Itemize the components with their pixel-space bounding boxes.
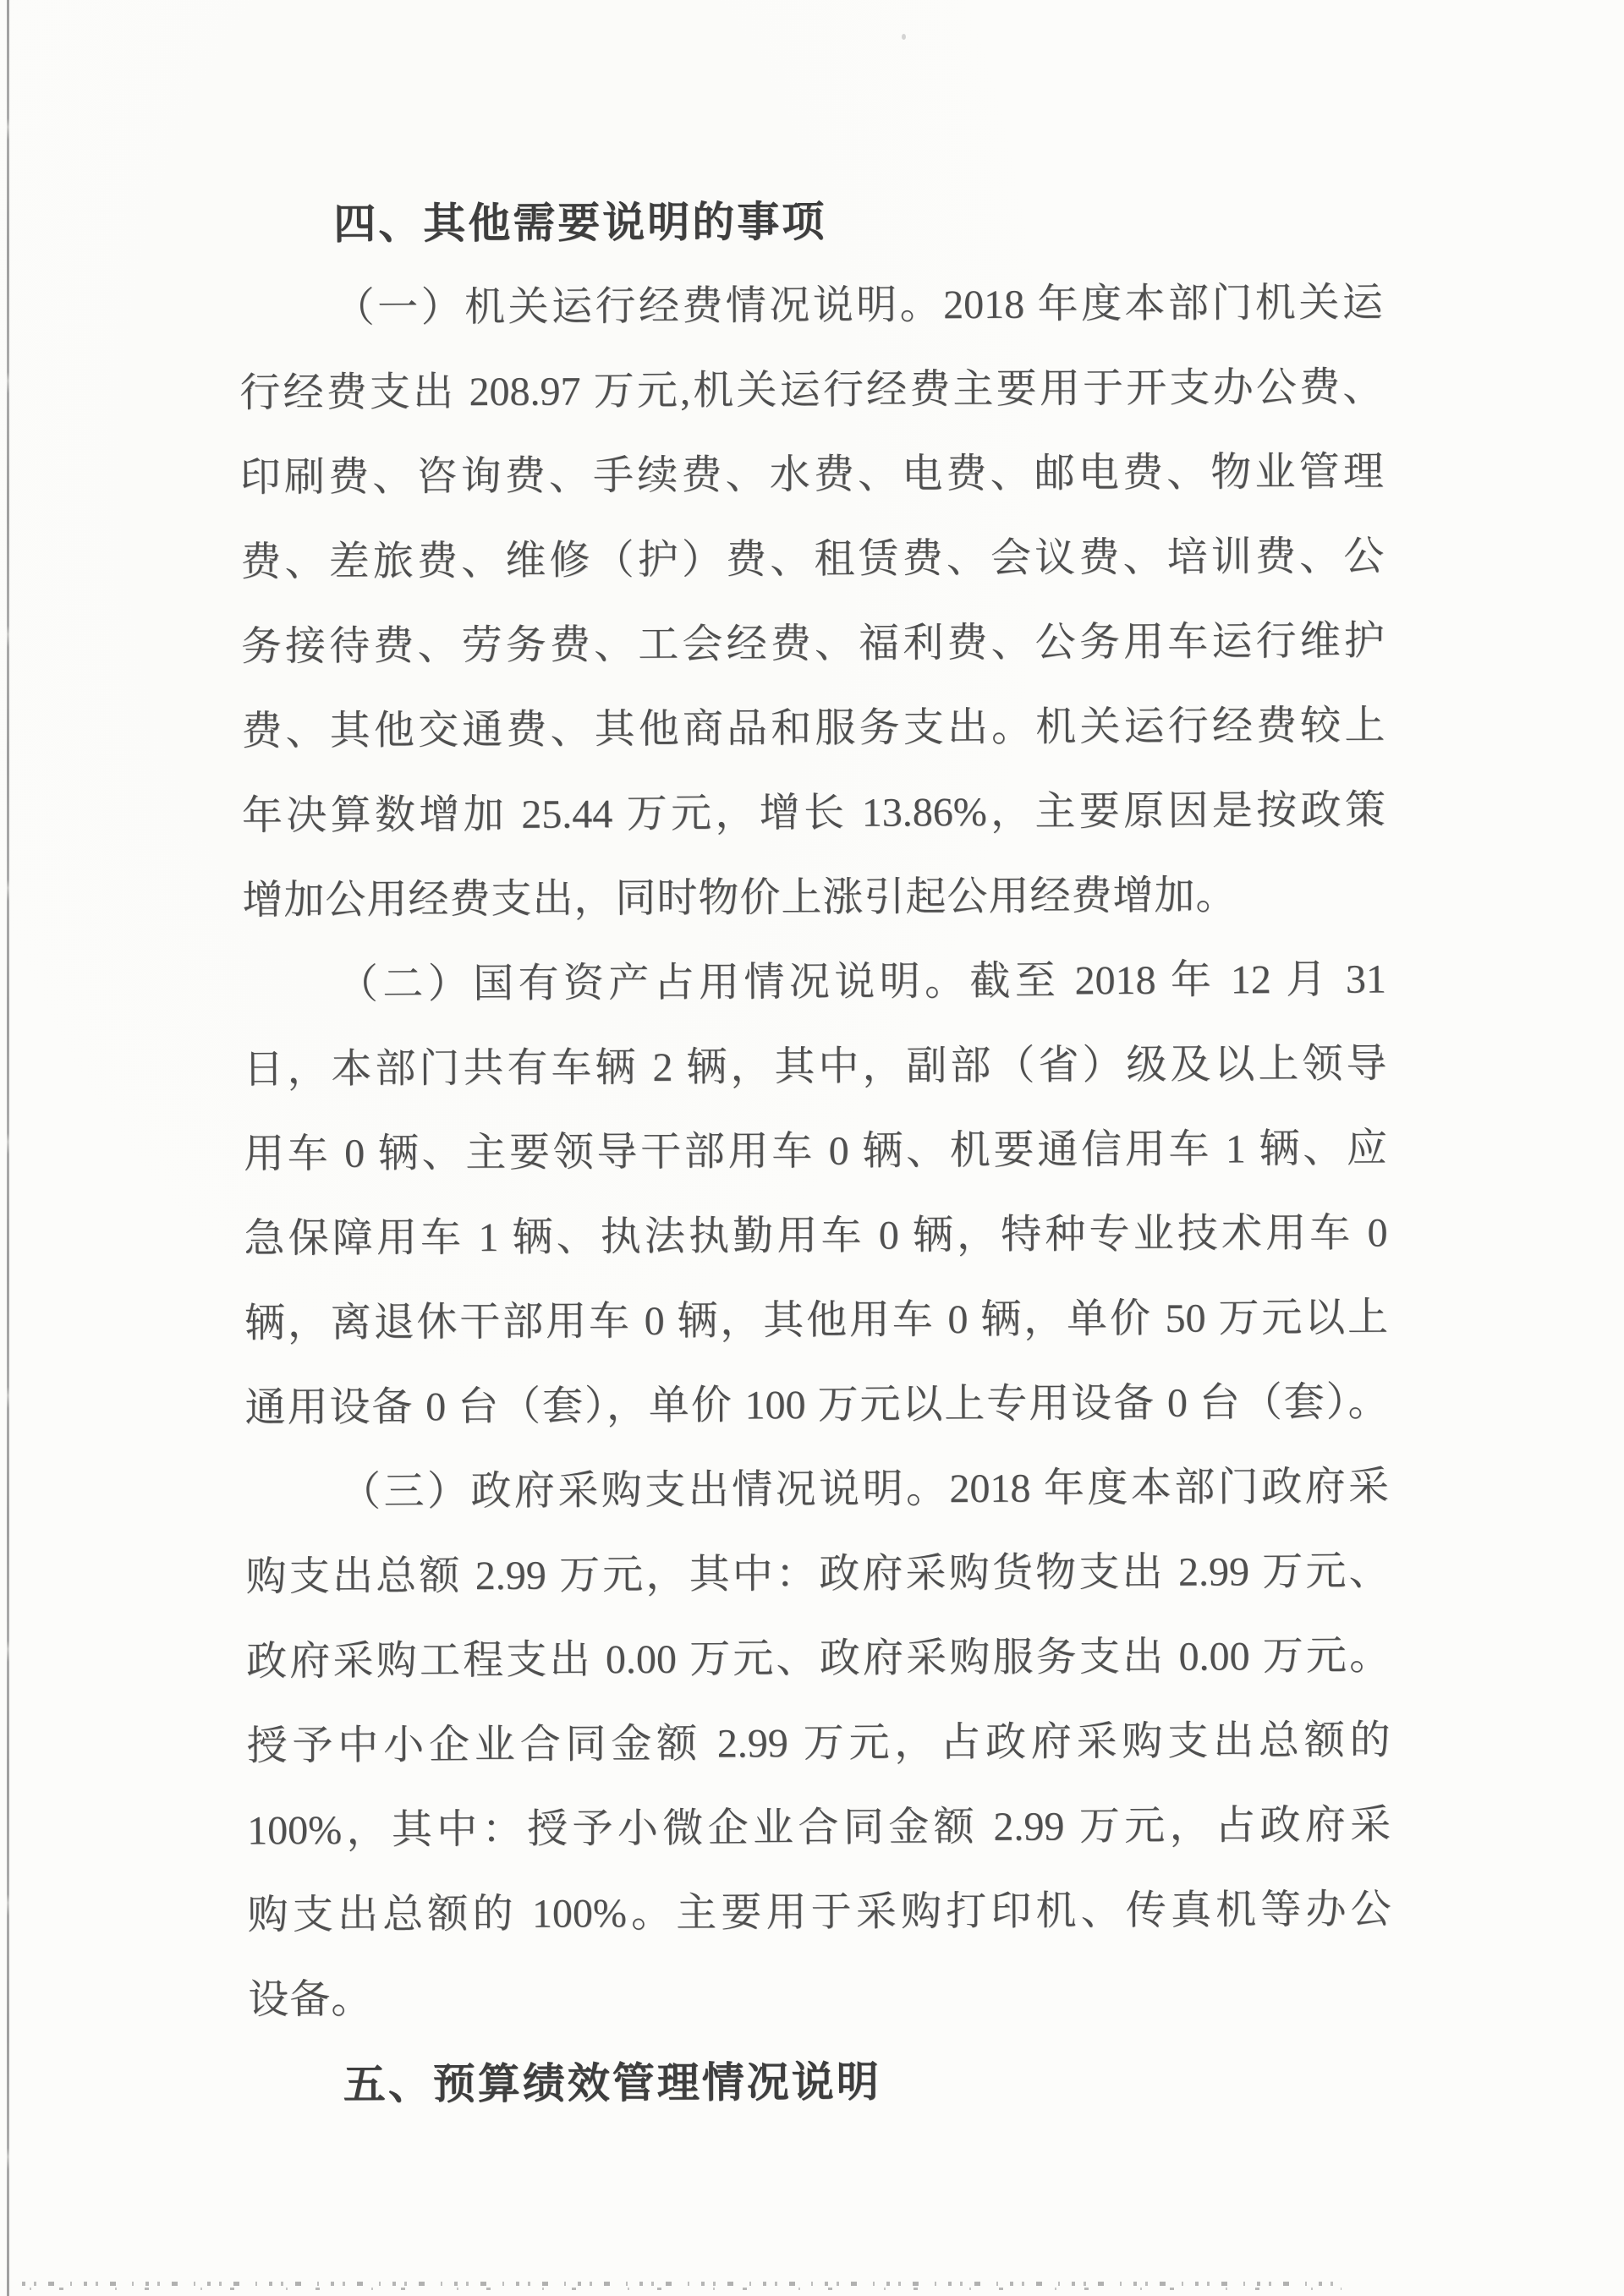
text-line: 印刷费、咨询费、手续费、水费、电费、邮电费、物业管理 (240, 430, 1385, 520)
text-line: 100%，其中：授予小微企业合同金额 2.99 万元，占政府采 (247, 1783, 1391, 1873)
text-line: 购支出总额 2.99 万元，其中：政府采购货物支出 2.99 万元、 (245, 1529, 1390, 1619)
text-line: 政府采购工程支出 0.00 万元、政府采购服务支出 0.00 万元。 (246, 1614, 1391, 1704)
paragraph-state-assets: （二）国有资产占用情况说明。截至 2018 年 12 月 31 日，本部门共有车… (243, 937, 1389, 1450)
text-line: （三）政府采购支出情况说明。2018 年度本部门政府采 (245, 1444, 1390, 1535)
scan-speck (464, 2074, 468, 2077)
text-line: 设备。 (248, 1952, 1392, 2042)
scan-speck (902, 34, 906, 40)
paragraph-agency-operating-expenses: （一）机关运行经费情况说明。2018 年度本部门机关运 行经费支出 208.97… (239, 260, 1386, 943)
text-line: 日，本部门共有车辆 2 辆，其中，副部（省）级及以上领导 (243, 1022, 1387, 1112)
text-line: 年决算数增加 25.44 万元，增长 13.86%，主要原因是按政策 (242, 768, 1386, 858)
section-heading-5: 五、预算绩效管理情况说明 (249, 2036, 1393, 2127)
text-line: 务接待费、劳务费、工会经费、福利费、公务用车运行维护 (241, 599, 1385, 689)
section-heading-4: 四、其他需要说明的事项 (239, 176, 1383, 266)
paragraph-government-procurement: （三）政府采购支出情况说明。2018 年度本部门政府采 购支出总额 2.99 万… (245, 1444, 1392, 2042)
text-line: 用车 0 辆、主要领导干部用车 0 辆、机要通信用车 1 辆、应 (244, 1106, 1388, 1197)
scan-edge-line (7, 0, 9, 2296)
scanned-document-page: 四、其他需要说明的事项 （一）机关运行经费情况说明。2018 年度本部门机关运 … (0, 0, 1624, 2296)
text-line: 辆，离退休干部用车 0 辆，其他用车 0 辆，单价 50 万元以上 (244, 1275, 1389, 1366)
clipped-text-fragment (22, 2282, 1341, 2292)
text-line: （二）国有资产占用情况说明。截至 2018 年 12 月 31 (243, 937, 1387, 1027)
scan-speck (582, 1071, 585, 1074)
text-line: 行经费支出 208.97 万元,机关运行经费主要用于开支办公费、 (239, 345, 1384, 436)
text-line: 通用设备 0 台（套），单价 100 万元以上专用设备 0 台（套）。 (244, 1360, 1389, 1450)
text-line: 费、其他交通费、其他商品和服务支出。机关运行经费较上 (241, 683, 1385, 774)
text-line: （一）机关运行经费情况说明。2018 年度本部门机关运 (239, 260, 1384, 351)
text-column: 四、其他需要说明的事项 （一）机关运行经费情况说明。2018 年度本部门机关运 … (239, 176, 1392, 2127)
text-line: 费、差旅费、维修（护）费、租赁费、会议费、培训费、公 (240, 514, 1385, 605)
text-line: 急保障用车 1 辆、执法执勤用车 0 辆，特种专业技术用车 0 (244, 1191, 1388, 1281)
text-line: 购支出总额的 100%。主要用于采购打印机、传真机等办公 (247, 1867, 1391, 1958)
text-line: 增加公用经费支出，同时物价上涨引起公用经费增加。 (242, 852, 1386, 943)
text-line: 授予中小企业合同金额 2.99 万元，占政府采购支出总额的 (246, 1698, 1391, 1789)
